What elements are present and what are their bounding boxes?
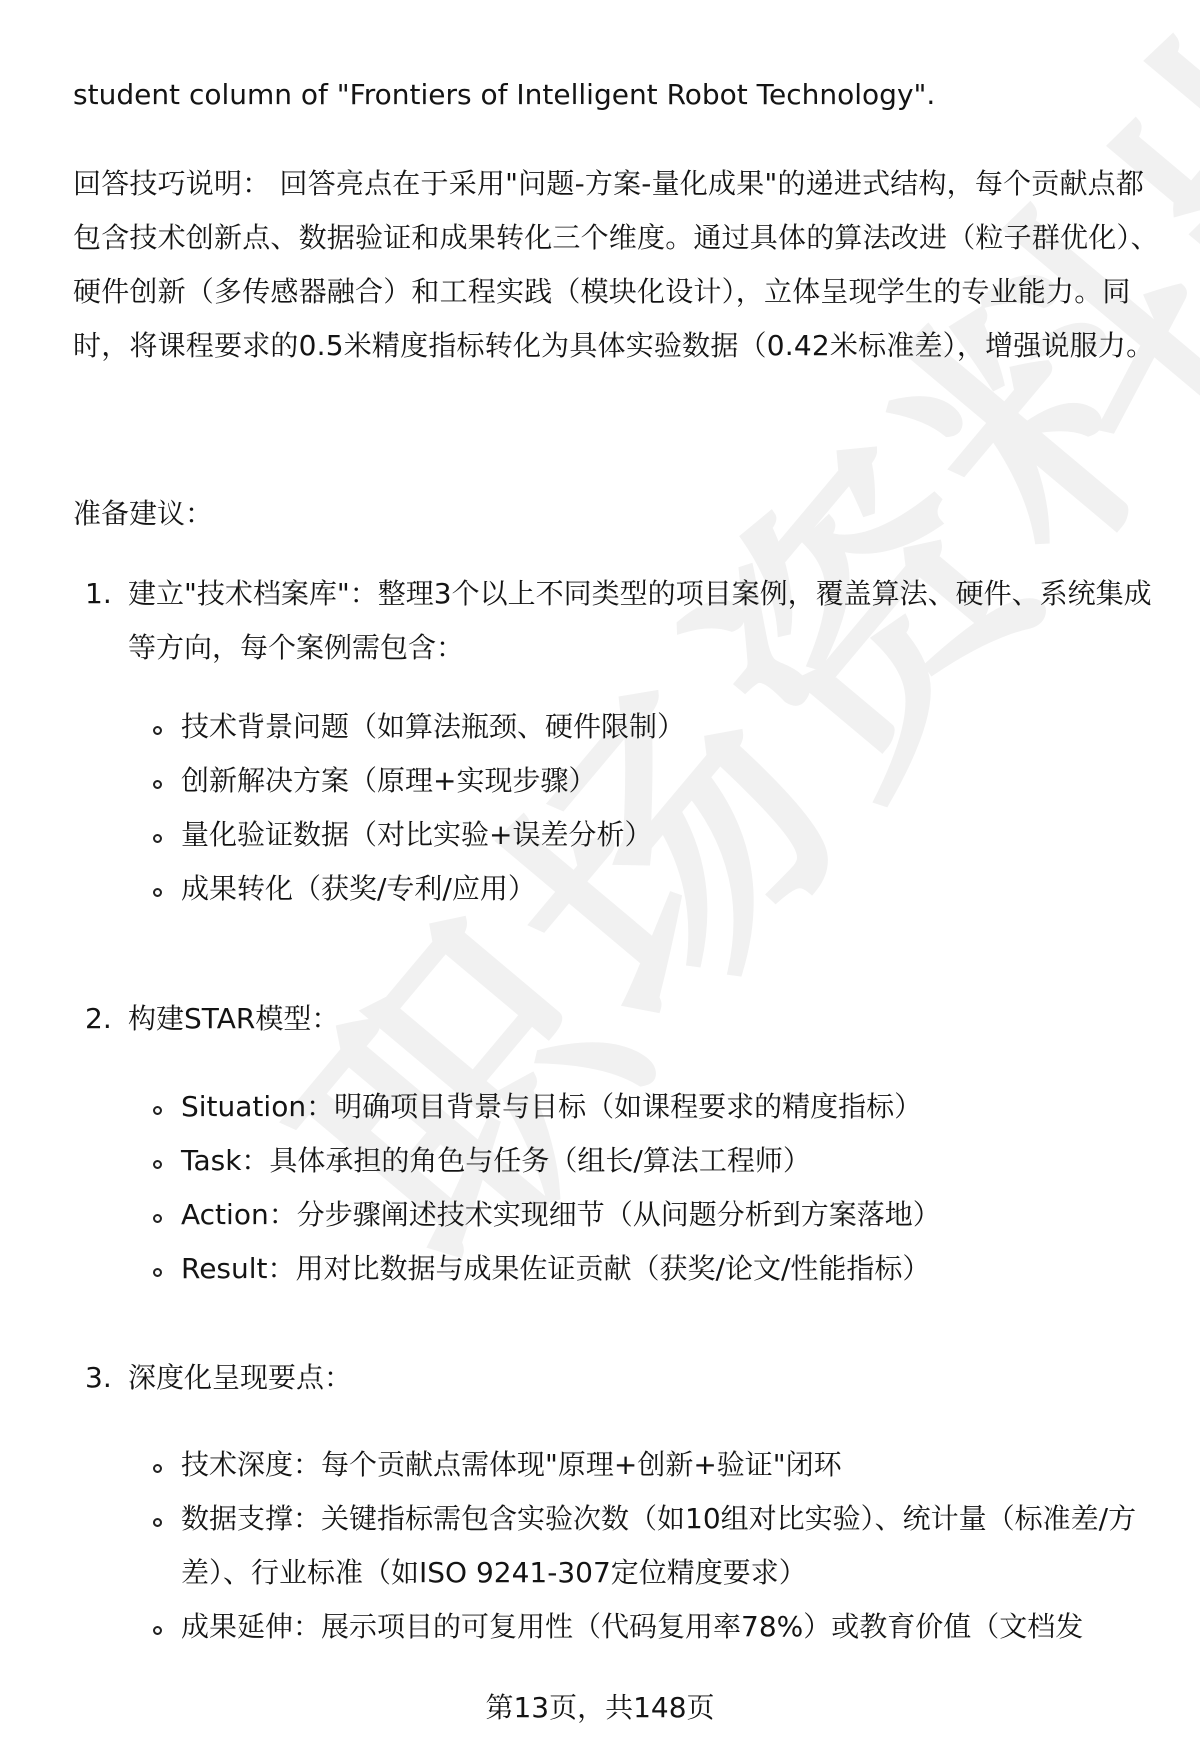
sublist-item: 成果延伸：展示项目的可复用性（代码复用率78%）或教育价值（文档发 [73, 1600, 1163, 1654]
sublist-item: 技术背景问题（如算法瓶颈、硬件限制） [73, 700, 1163, 754]
preparation-list-item-3: 3. 深度化呈现要点： [73, 1351, 1163, 1405]
sublist-item: Result：用对比数据与成果佐证贡献（获奖/论文/性能指标） [73, 1242, 1163, 1296]
hollow-bullet-icon [153, 1268, 162, 1277]
hollow-bullet-icon [153, 1626, 162, 1635]
answer-tips-paragraph: 回答技巧说明： 回答亮点在于采用"问题-方案-量化成果"的递进式结构，每个贡献点… [73, 157, 1163, 373]
sublist-item: Action：分步骤阐述技术实现细节（从问题分析到方案落地） [73, 1188, 1163, 1242]
preparation-list-item-2: 2. 构建STAR模型： [73, 992, 1163, 1046]
sublist-item: Situation：明确项目背景与目标（如课程要求的精度指标） [73, 1080, 1163, 1134]
sublist-item: 量化验证数据（对比实验+误差分析） [73, 808, 1163, 862]
hollow-bullet-icon [153, 888, 162, 897]
hollow-bullet-icon [153, 1160, 162, 1169]
sublist-item: Task：具体承担的角色与任务（组长/算法工程师） [73, 1134, 1163, 1188]
preparation-list-item-1: 1. 建立"技术档案库"：整理3个以上不同类型的项目案例，覆盖算法、硬件、系统集… [73, 567, 1163, 675]
list-number: 3. [85, 1351, 112, 1405]
hollow-bullet-icon [153, 1464, 162, 1473]
preparation-sublist-3: 技术深度：每个贡献点需体现"原理+创新+验证"闭环 数据支撑：关键指标需包含实验… [73, 1438, 1163, 1654]
document-page: student column of "Frontiers of Intellig… [0, 0, 1200, 1755]
hollow-bullet-icon [153, 1106, 162, 1115]
list-item-text: 建立"技术档案库"：整理3个以上不同类型的项目案例，覆盖算法、硬件、系统集成等方… [128, 577, 1152, 664]
hollow-bullet-icon [153, 1518, 162, 1527]
hollow-bullet-icon [153, 726, 162, 735]
preparation-heading: 准备建议： [73, 487, 213, 541]
hollow-bullet-icon [153, 780, 162, 789]
list-item-text: 构建STAR模型： [128, 1002, 339, 1035]
list-item-text: 深度化呈现要点： [128, 1361, 352, 1394]
sublist-item: 技术深度：每个贡献点需体现"原理+创新+验证"闭环 [73, 1438, 1163, 1492]
preparation-sublist-2: Situation：明确项目背景与目标（如课程要求的精度指标） Task：具体承… [73, 1080, 1163, 1296]
hollow-bullet-icon [153, 834, 162, 843]
preparation-sublist-1: 技术背景问题（如算法瓶颈、硬件限制） 创新解决方案（原理+实现步骤） 量化验证数… [73, 700, 1163, 916]
intro-paragraph: student column of "Frontiers of Intellig… [73, 68, 1163, 122]
sublist-item: 创新解决方案（原理+实现步骤） [73, 754, 1163, 808]
list-number: 1. [85, 567, 112, 621]
list-number: 2. [85, 992, 112, 1046]
sublist-item: 成果转化（获奖/专利/应用） [73, 862, 1163, 916]
hollow-bullet-icon [153, 1214, 162, 1223]
page-indicator: 第13页，共148页 [0, 1688, 1200, 1728]
sublist-item: 数据支撑：关键指标需包含实验次数（如10组对比实验）、统计量（标准差/方差）、行… [73, 1492, 1163, 1600]
